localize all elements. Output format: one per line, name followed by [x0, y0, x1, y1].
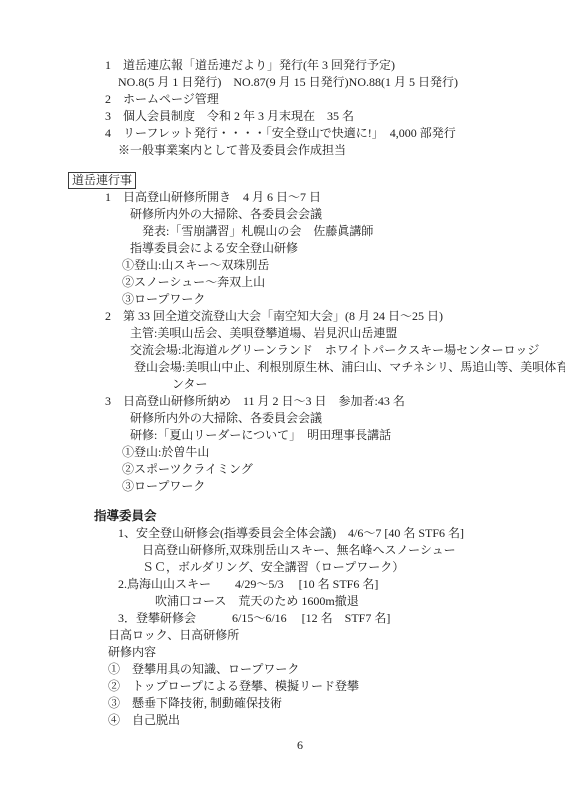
text-line: ＳＣ，ボルダリング、安全講習（ロープワーク）	[142, 559, 565, 576]
section-heading: 道岳連行事	[68, 172, 136, 189]
text-line: 交流会場:北海道ルグリーンランド ホワイトパークスキー場センターロッジ	[130, 342, 565, 359]
text-line: 発表:「雪崩講習」札幌山の会 佐藤眞講師	[142, 223, 565, 240]
text-line: 指導委員会による安全登山研修	[130, 240, 565, 257]
text-line: ③ 懸垂下降技術, 制動確保技術	[108, 695, 565, 712]
text-line: 主管:美唄山岳会、美唄登攀道場、岩見沢山岳連盟	[130, 325, 565, 342]
document-body: 1 道岳連広報「道岳連だより」発行(年 3 回発行予定)NO.8(5 月 1 日…	[0, 57, 565, 729]
text-line: ③ロープワーク	[122, 291, 565, 308]
text-line: ④ 自己脱出	[108, 712, 565, 729]
text-line: ②スノーシュー～奔双上山	[122, 274, 565, 291]
text-line: 3 個人会員制度 令和 2 年 3 月末現在 35 名	[105, 108, 565, 125]
text-line: ③ロープワーク	[122, 478, 565, 495]
text-line: 4 リーフレット発行・・・・「安全登山で快適に!」 4,000 部発行	[105, 125, 565, 142]
section-heading-line: 道岳連行事	[68, 172, 565, 189]
text-line: ※一般事業案内として普及委員会作成担当	[118, 142, 565, 159]
text-line: 研修所内外の大掃除、各委員会会議	[130, 206, 565, 223]
text-line: ンター	[172, 376, 565, 393]
text-line: ① 登攀用具の知識、ロープワーク	[108, 661, 565, 678]
page-number: 6	[35, 737, 565, 754]
section-shido-iinkai: 指導委員会1、安全登山研修会(指導委員会全体会議) 4/6～7 [40 名 ST…	[0, 508, 565, 729]
text-line: 研修所内外の大掃除、各委員会会議	[130, 410, 565, 427]
text-line: 1 日高登山研修所開き 4 月 6 日～7 日	[105, 189, 565, 206]
text-line: 日高ロック、日高研修所	[108, 627, 565, 644]
text-line: ②スポーツクライミング	[122, 461, 565, 478]
text-line: NO.8(5 月 1 日発行) NO.87(9 月 15 日発行)NO.88(1…	[118, 74, 565, 91]
section-heading-line: 指導委員会	[94, 508, 565, 525]
text-line: 登山会場:美唄山中止、利根別原生林、浦臼山、マチネシリ、馬追山等、美唄体育セ	[134, 359, 565, 376]
text-line: ①登山:山スキー～双珠別岳	[122, 257, 565, 274]
document-page: 1 道岳連広報「道岳連だより」発行(年 3 回発行予定)NO.8(5 月 1 日…	[0, 0, 565, 800]
text-line: 研修内容	[108, 644, 565, 661]
text-line: 研修:「夏山リーダーについて」 明田理事長講話	[130, 427, 565, 444]
text-line: 3 日高登山研修所納め 11 月 2 日～3 日 参加者:43 名	[105, 393, 565, 410]
text-line: 1 道岳連広報「道岳連だより」発行(年 3 回発行予定)	[105, 57, 565, 74]
section-dogakuren-gyoji: 道岳連行事1 日高登山研修所開き 4 月 6 日～7 日研修所内外の大掃除、各委…	[0, 172, 565, 495]
text-line: 2 ホームページ管理	[105, 91, 565, 108]
section-heading: 指導委員会	[94, 509, 157, 523]
text-line: 2.鳥海山山スキー 4/29～5/3 [10 名 STF6 名]	[118, 576, 565, 593]
text-line: ② トップロープによる登攀、模擬リード登攀	[108, 678, 565, 695]
text-line: 3．登攀研修会 6/15～6/16 [12 名 STF7 名]	[118, 610, 565, 627]
text-line: 1、安全登山研修会(指導委員会全体会議) 4/6～7 [40 名 STF6 名]	[118, 525, 565, 542]
text-line: 吹浦口コース 荒天のため 1600m撤退	[155, 593, 565, 610]
text-line: 2 第 33 回全道交流登山大会「南空知大会」(8 月 24 日～25 日)	[105, 308, 565, 325]
section-jigyo-continuation: 1 道岳連広報「道岳連だより」発行(年 3 回発行予定)NO.8(5 月 1 日…	[0, 57, 565, 159]
text-line: ①登山:於曽牛山	[122, 444, 565, 461]
text-line: 日高登山研修所,双珠別岳山スキー、無名峰へスノーシュー	[142, 542, 565, 559]
